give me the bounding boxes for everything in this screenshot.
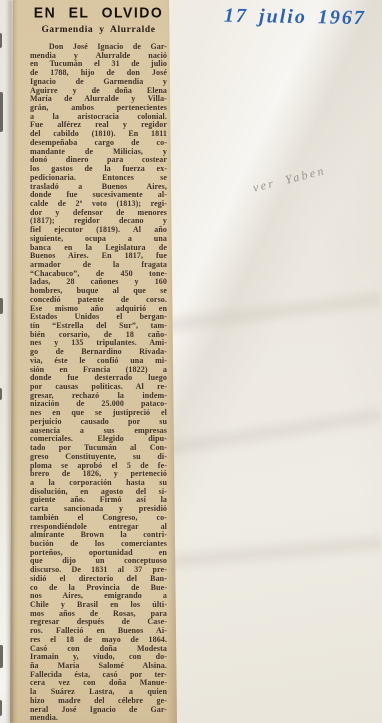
clipping-headline: EN EL OLVIDO <box>28 4 169 21</box>
scan-edge-mark <box>0 645 3 668</box>
scan-edge-mark <box>0 700 2 716</box>
clipping-subtitle: Garmendia y Alurralde <box>28 25 169 36</box>
scanned-archive-page: { "colors": { "paper": "#ebe7de", "newsp… <box>0 0 382 723</box>
clipping-edge-shadow <box>6 0 13 723</box>
newspaper-clipping: EN EL OLVIDO Garmendia y Alurralde Don J… <box>10 0 177 723</box>
scan-edge-mark <box>0 298 3 314</box>
scan-edge-mark <box>0 388 2 400</box>
scan-edge-mark <box>0 33 2 48</box>
handwritten-date-annotation: 17 julio 1967 <box>224 5 380 31</box>
scan-edge-mark <box>0 92 3 132</box>
article-body-text: Don José Ignacio de Gar- mendia y Alurra… <box>30 43 167 723</box>
